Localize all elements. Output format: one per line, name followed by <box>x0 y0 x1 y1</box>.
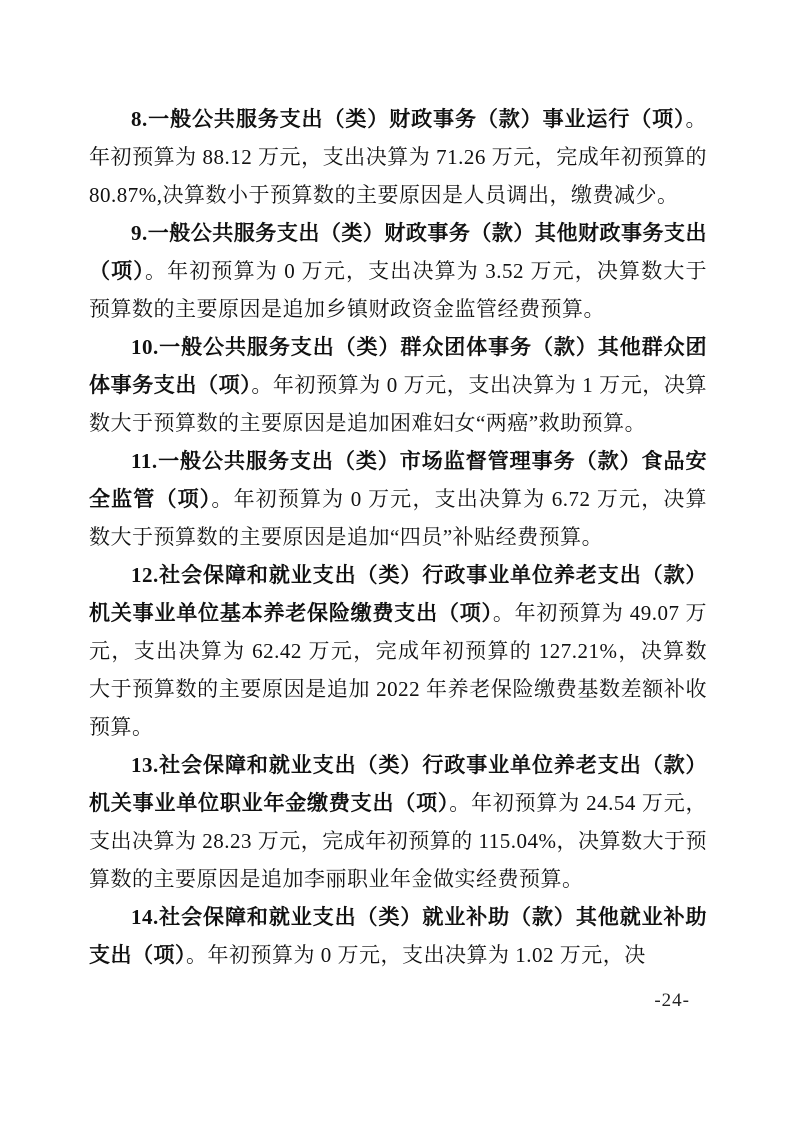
paragraph-body: 。年初预算为 0 万元，支出决算为 1.02 万元，决 <box>186 943 646 967</box>
document-page: 8.一般公共服务支出（类）财政事务（款）事业运行（项）。年初预算为 88.12 … <box>0 0 794 1122</box>
paragraph-body: 。年初预算为 0 万元，支出决算为 3.52 万元，决算数大于预算数的主要原因是… <box>89 259 707 321</box>
paragraph-item-11: 11.一般公共服务支出（类）市场监督管理事务（款）食品安全监管（项）。年初预算为… <box>89 442 707 556</box>
page-number: -24- <box>654 990 690 1012</box>
paragraph-item-10: 10.一般公共服务支出（类）群众团体事务（款）其他群众团体事务支出（项）。年初预… <box>89 328 707 442</box>
paragraph-item-12: 12.社会保障和就业支出（类）行政事业单位养老支出（款）机关事业单位基本养老保险… <box>89 556 707 746</box>
paragraph-item-14: 14.社会保障和就业支出（类）就业补助（款）其他就业补助支出（项）。年初预算为 … <box>89 898 707 974</box>
paragraph-item-13: 13.社会保障和就业支出（类）行政事业单位养老支出（款）机关事业单位职业年金缴费… <box>89 746 707 898</box>
paragraph-item-8: 8.一般公共服务支出（类）财政事务（款）事业运行（项）。年初预算为 88.12 … <box>89 100 707 214</box>
document-content: 8.一般公共服务支出（类）财政事务（款）事业运行（项）。年初预算为 88.12 … <box>89 100 707 974</box>
paragraph-item-9: 9.一般公共服务支出（类）财政事务（款）其他财政事务支出（项）。年初预算为 0 … <box>89 214 707 328</box>
paragraph-heading: 8.一般公共服务支出（类）财政事务（款）事业运行（项） <box>131 107 686 131</box>
